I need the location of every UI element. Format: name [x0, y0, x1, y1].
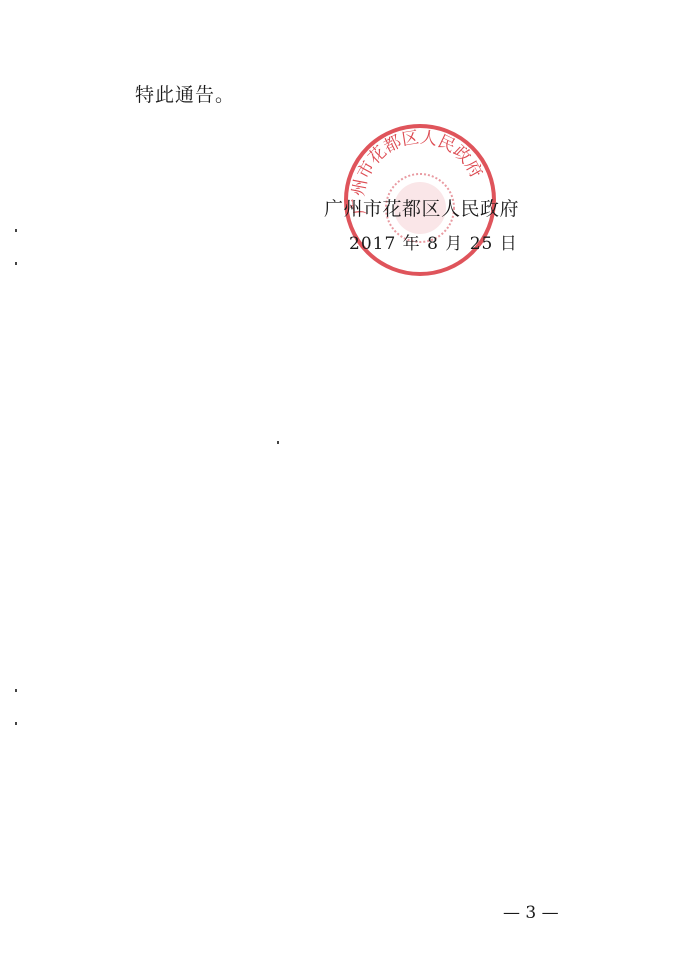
scan-mark	[15, 229, 17, 232]
page-number: — 3 —	[503, 903, 559, 923]
scan-mark	[277, 441, 279, 444]
scan-mark	[15, 262, 17, 265]
scan-mark	[15, 689, 17, 692]
signing-organization: 广州市花都区人民政府	[324, 194, 519, 221]
document-page: 特此通告。 广州市花都区人民政府 广州市花都区人民政府 2017 年 8 月 2…	[0, 0, 680, 962]
signing-date: 2017 年 8 月 25 日	[349, 229, 518, 254]
closing-text: 特此通告。	[135, 80, 235, 107]
scan-mark	[15, 722, 17, 725]
